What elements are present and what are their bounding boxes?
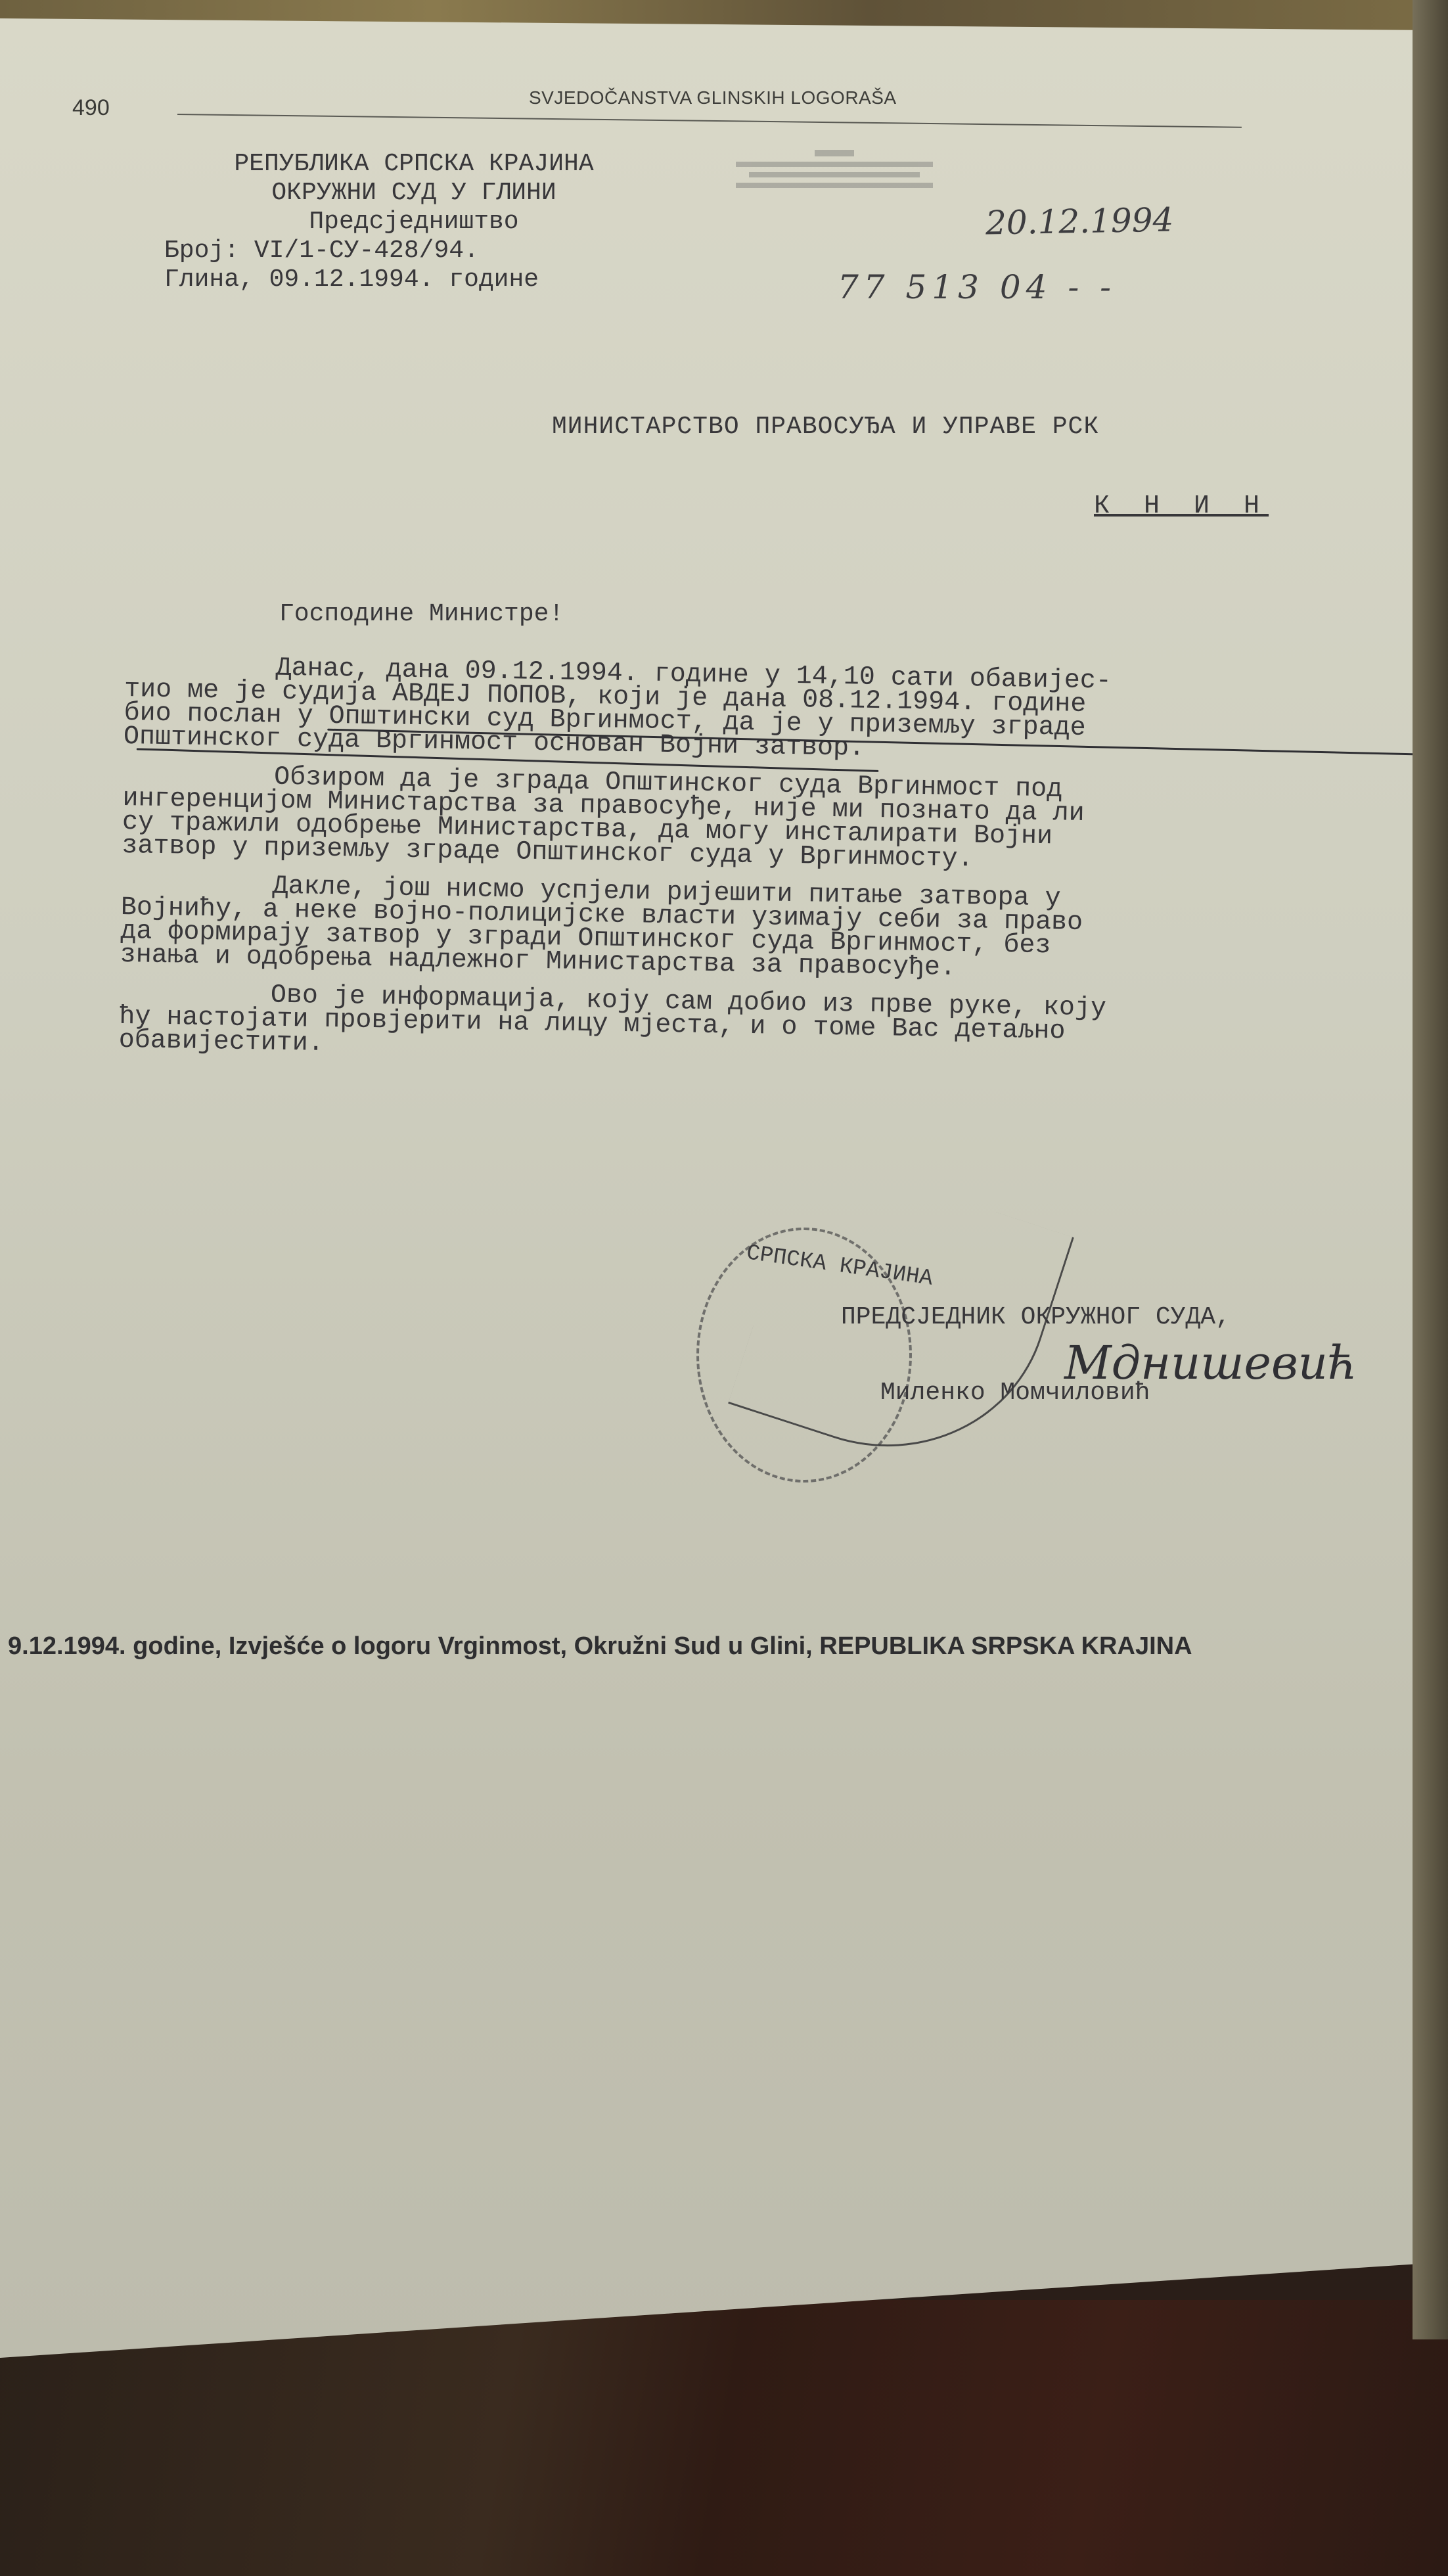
header-rule (177, 114, 1242, 128)
handwritten-registry-number: 77 513 04 - - (838, 268, 1116, 306)
signatory-title: ПРЕДСЈЕДНИК ОКРУЖНОГ СУДА, (841, 1303, 1231, 1331)
handwritten-received-date: 20.12.1994 (985, 201, 1174, 242)
paragraph-1: Данас, дана 09.12.1994. године у 14,10 с… (124, 655, 1399, 769)
letterhead: РЕПУБЛИКА СРПСКА КРАЈИНА ОКРУЖНИ СУД У Г… (164, 150, 664, 294)
paragraph-3: Дакле, још нисмо успјели ријешити питање… (120, 873, 1396, 987)
addressee-city: К Н И Н (1094, 492, 1269, 521)
paragraph-2: Обзиром да је зграда Општинског суда Врг… (122, 764, 1397, 878)
signature-block: СРПСКА КРАЈИНА ПРЕДСЈЕДНИК ОКРУЖНОГ СУДА… (670, 1162, 1445, 1530)
page-edge (1413, 0, 1448, 2339)
reference-number: Број: VI/1-СУ-428/94. (164, 237, 664, 265)
addressee-institution: МИНИСТАРСТВО ПРАВОСУЂА И УПРАВЕ РСК (552, 413, 1099, 441)
book-running-title: SVJEDOČANSTVA GLINSKIH LOGORAŠA (529, 87, 897, 108)
letterhead-country: РЕПУБЛИКА СРПСКА КРАЈИНА (164, 150, 664, 179)
paragraph-4: Ово је информација, коју сам добио из пр… (118, 982, 1393, 1072)
running-head: 490 SVJEDOČANSTVA GLINSKIH LOGORAŠA (66, 87, 1288, 120)
signatory-name: Миленко Момчиловић (880, 1379, 1150, 1407)
letter-body: Данас, дана 09.12.1994. године у 14,10 с… (118, 655, 1399, 1087)
letterhead-office: Предсједништво (164, 208, 664, 237)
document-caption: 9.12.1994. godine, Izvješće o logoru Vrg… (8, 1632, 1192, 1661)
receipt-stamp (716, 150, 953, 222)
letterhead-court: ОКРУЖНИ СУД У ГЛИНИ (164, 179, 664, 208)
salutation: Господине Министре! (279, 600, 564, 628)
place-date: Глина, 09.12.1994. године (164, 265, 664, 294)
book-page: 490 SVJEDOČANSTVA GLINSKIH LOGORAŠA РЕПУ… (0, 18, 1413, 2358)
page-number: 490 (72, 95, 110, 121)
